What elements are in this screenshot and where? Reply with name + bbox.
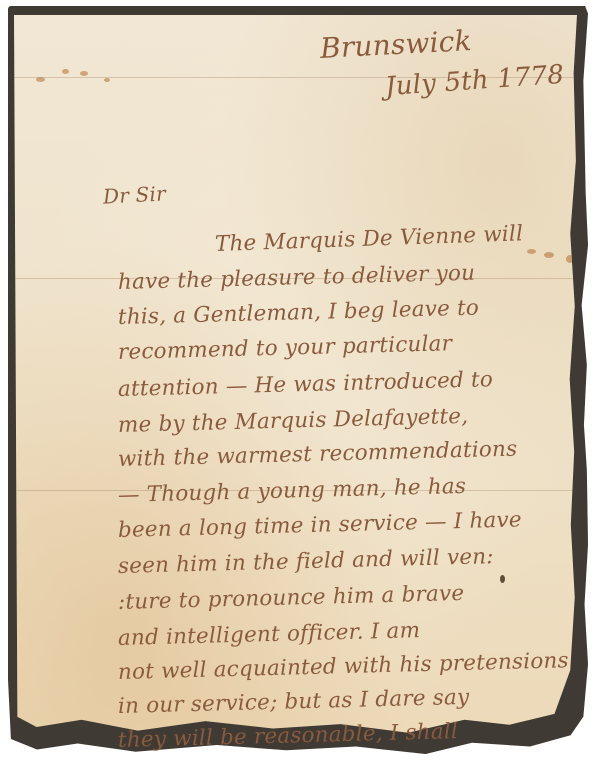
foxing-spot (104, 78, 110, 82)
foxing-spot (80, 71, 88, 76)
foxing-spot (62, 69, 69, 74)
foxing-spot (544, 252, 554, 258)
ink-blot (500, 575, 505, 583)
letter-salutation: Dr Sir (102, 181, 166, 208)
foxing-spot (527, 249, 536, 254)
document-scan: Brunswick July 5th 1778 Dr Sir The Marqu… (0, 0, 600, 768)
foxing-spot (36, 77, 45, 82)
